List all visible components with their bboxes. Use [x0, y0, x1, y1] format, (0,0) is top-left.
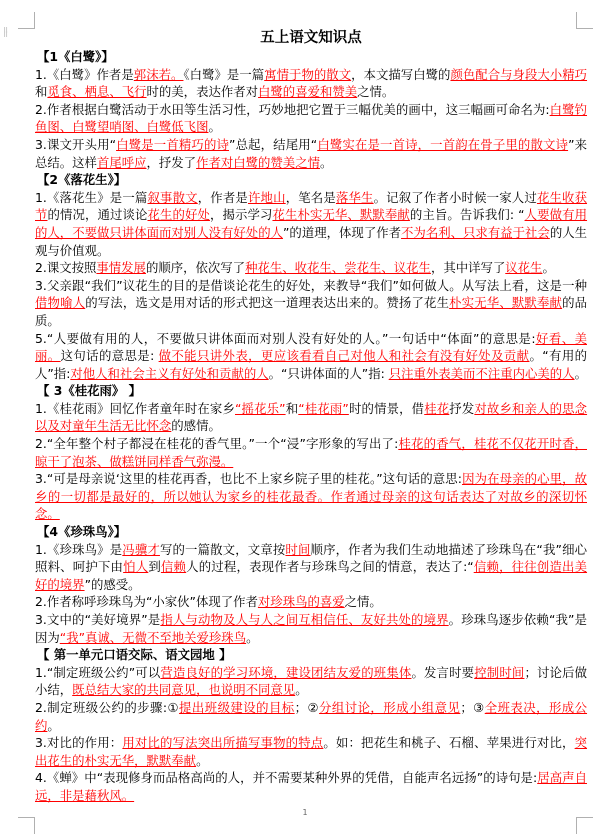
body-text: 和 [286, 401, 299, 416]
body-text: 2.制定班级公约的步骤:① [35, 700, 179, 715]
list-item: 3.“可是母亲说‘这里的桂花再香，也比不上家乡院子里的桂花。”这句话的意思:因为… [35, 470, 587, 523]
page-corner-mark-top-left [18, 12, 35, 29]
list-item: 2.“全年整个村子都浸在桂花的香气里。”一个“浸”字形象的写出了:桂花的香气，桂… [35, 435, 587, 470]
body-text: 。“只讲体面的人”指: [269, 366, 389, 381]
answer-highlight: 事情发展 [96, 260, 146, 275]
body-text: 2.“全年整个村子都浸在桂花的香气里。”一个“浸”字形象的写出了: [35, 436, 398, 451]
answer-highlight: 白鹭的喜爱和赞美 [258, 84, 357, 99]
body-text: ，本文描写白鹭的 [351, 67, 450, 82]
body-text: 抒发 [449, 401, 474, 416]
body-text: 的顺序，依次写了 [146, 260, 245, 275]
list-item: 2.作者称呼珍珠鸟为“小家伙”体现了作者对珍珠鸟的喜爱之情。 [35, 593, 587, 611]
body-text: 。 [320, 155, 332, 170]
body-text: 1.《珍珠鸟》是 [35, 542, 122, 557]
answer-highlight: 颜色配合与身段大小精巧 [450, 67, 587, 82]
body-text: 2.作者称呼珍珠鸟为“小家伙”体现了作者 [35, 594, 258, 609]
body-text: 时的情景，借 [349, 401, 424, 416]
body-text: 《白鹭》是一篇 [183, 67, 264, 82]
list-item: 2.课文按照事情发展的顺序，依次写了种花生、收花生、尝花生、议花生，其中详写了议… [35, 259, 587, 277]
list-item: 3.课文开头用“白鹭是一首精巧的诗”总起，结尾用“白鹭实在是一首诗，一首韵在骨子… [35, 136, 587, 171]
list-item: 1.《桂花雨》回忆作者童年时在家乡“摇花乐”和“桂花雨”时的情景，借桂花抒发对故… [35, 400, 587, 435]
body-text: ；② [295, 700, 319, 715]
answer-highlight: 信赖 [161, 559, 186, 574]
body-text: 4.《蝉》中“表现修身而品格高尚的人，并不需要某种外界的凭借，自能声名远扬”的诗… [35, 770, 537, 785]
body-text: 的写法，选文是用对话的形式把这一道理表达出来的。赞扬了花生 [85, 295, 449, 310]
body-text: 1.《桂花雨》回忆作者童年时在家乡 [35, 401, 235, 416]
body-text: 时的美，表达作者对 [147, 84, 259, 99]
list-item: 1.“制定班级公约”可以营造良好的学习环境，建设团结友爱的班集体。发言时要控制时… [35, 664, 587, 699]
body-text: 。 [47, 718, 59, 733]
answer-highlight: 冯骥才 [122, 542, 160, 557]
section-heading: 【 第一单元口语交际、语文园地 】 [37, 646, 587, 664]
answer-highlight: 寓情于物的散文 [264, 67, 351, 82]
table-move-handle-icon[interactable]: ⠿⠿ [3, 29, 11, 43]
list-item: 1.《珍珠鸟》是冯骥才写的一篇散文，文章按时间顺序，作者为我们生动地描述了珍珠鸟… [35, 541, 587, 594]
list-item: 2.作者根据白鹭活动于水田等生活习性，巧妙地把它置于三幅优美的画中，这三幅画可命… [35, 101, 587, 136]
answer-highlight: 分组讨论，形成小组意见 [319, 700, 460, 715]
answer-highlight: 控制时间 [474, 665, 524, 680]
body-text: 之情。 [357, 84, 394, 99]
answer-highlight: 许地山 [248, 190, 286, 205]
body-text: 1.“制定班级公约”可以 [35, 665, 160, 680]
list-item: 1.《落花生》是一篇叙事散文，作者是许地山，笔名是落华生。记叙了作者小时候一家人… [35, 189, 587, 259]
body-text: 到 [148, 559, 161, 574]
body-text: ”总起，结尾用“ [229, 137, 317, 152]
answer-highlight: 怕人 [123, 559, 148, 574]
body-text: 的情况，通过谈论 [48, 207, 148, 222]
body-text: ，抒发了 [147, 155, 197, 170]
body-text: 。记叙了作者小时候一家人过 [374, 190, 537, 205]
body-text: 3.课文开头用“ [35, 137, 116, 152]
document-page[interactable]: 五上语文知识点 【1《白鹭》】1.《白鹭》作者是郭沫若。《白鹭》是一篇寓情于物的… [35, 30, 587, 805]
answer-highlight: 对他人和社会主义有好处和贡献的人 [70, 366, 268, 381]
body-text: 3.“可是母亲说‘这里的桂花再香，也比不上家乡院子里的桂花。”这句话的意思: [35, 471, 462, 486]
body-text: 2.课文按照 [35, 260, 96, 275]
answer-highlight: 时间 [285, 542, 310, 557]
list-item: 3.文中的“美好境界”是指人与动物及人与人之间互相信任、友好共处的境界。珍珠鸟逐… [35, 611, 587, 646]
body-text: ，揭示学习 [210, 207, 272, 222]
list-item: 3.对比的作用：用对比的写法突出所描写事物的特点。如：把花生和桃子、石榴、苹果进… [35, 734, 587, 769]
answer-highlight: 既总结大家的共同意见，也说明不同意见 [72, 682, 295, 697]
body-text: 。 [575, 366, 587, 381]
body-text: ，笔名是 [286, 190, 336, 205]
answer-highlight: “摇花乐” [235, 401, 286, 416]
answer-highlight: 议花生 [505, 260, 542, 275]
section-heading: 【1《白鹭》】 [37, 48, 587, 66]
document-body: 【1《白鹭》】1.《白鹭》作者是郭沫若。《白鹭》是一篇寓情于物的散文，本文描写白… [35, 48, 587, 805]
answer-highlight: 做不能只讲外表，更应该看看自己对他人和社会有没有好处及贡献 [159, 348, 530, 363]
body-text: 1.《白鹭》作者是 [35, 67, 134, 82]
answer-highlight: 桂花 [424, 401, 449, 416]
answer-highlight: 提出班级建设的目标 [179, 700, 295, 715]
answer-highlight: 郭沫若。 [134, 67, 184, 82]
answer-highlight: 种花生、收花生、尝花生、议花生 [245, 260, 431, 275]
answer-highlight: 作者对白鹭的赞美之情 [196, 155, 320, 170]
answer-highlight: 只注重外表美而不注重内心美的人 [389, 366, 575, 381]
body-text: 人的过程，表现作者与珍珠鸟之间的情意，表达了:“ [186, 559, 474, 574]
body-text: 1.《落花生》是一篇 [35, 190, 148, 205]
body-text: 5.“人要做有用的人，不要做只讲体面而对别人没有好处的人。”一句话中“体面”的意… [35, 331, 536, 346]
answer-highlight: 白鹭是一首精巧的诗 [116, 137, 229, 152]
section-heading: 【 3《桂花雨》 】 [37, 382, 587, 400]
answer-highlight: 对珍珠鸟的喜爱 [258, 594, 345, 609]
body-text: 。 [295, 682, 307, 697]
answer-highlight: “桂花雨” [298, 401, 349, 416]
page-corner-mark-top-right [576, 12, 593, 29]
body-text: 3.对比的作用： [35, 735, 122, 750]
document-title: 五上语文知识点 [35, 30, 587, 47]
answer-highlight: 落华生 [336, 190, 374, 205]
list-item: 4.《蝉》中“表现修身而品格高尚的人，并不需要某种外界的凭借，自能声名远扬”的诗… [35, 769, 587, 804]
body-text: 的主旨。告诉我们: “ [410, 207, 525, 222]
body-text: ，其中详写了 [431, 260, 505, 275]
page-number: 1 [0, 808, 610, 817]
list-item: 5.“人要做有用的人，不要做只讲体面而对别人没有好处的人。”一句话中“体面”的意… [35, 330, 587, 383]
answer-highlight: 花生朴实无华、默默奉献 [272, 207, 409, 222]
body-text: 。如：把花生和桃子、石榴、苹果进行对比， [323, 735, 574, 750]
answer-highlight: “我”真诚、无微不至地关爱珍珠鸟 [60, 630, 246, 645]
body-text: 。 [246, 630, 258, 645]
page-corner-mark-bottom-left [18, 817, 35, 834]
answer-highlight: 用对比的写法突出所描写事物的特点 [122, 735, 323, 750]
body-text: 。 [196, 753, 208, 768]
answer-highlight: 觅食、栖息、飞行 [47, 84, 146, 99]
body-text: 。发言时要 [411, 665, 474, 680]
body-text: ”的感受。 [85, 577, 141, 592]
body-text: 的感情。 [171, 418, 221, 433]
body-text: 写的一篇散文，文章按 [160, 542, 285, 557]
body-text: 2.作者根据白鹭活动于水田等生活习性，巧妙地把它置于三幅优美的画中，这三幅画可命… [35, 102, 550, 117]
answer-highlight: 白鹭实在是一首诗，一首韵在骨子里的散文诗 [317, 137, 568, 152]
answer-highlight: 营造良好的学习环境，建设团结友爱的班集体 [160, 665, 411, 680]
answer-highlight: 首尾呼应 [97, 155, 147, 170]
answer-highlight: 花生的好处 [147, 207, 209, 222]
body-text: 之情。 [345, 594, 382, 609]
list-item: 1.《白鹭》作者是郭沫若。《白鹭》是一篇寓情于物的散文，本文描写白鹭的颜色配合与… [35, 66, 587, 101]
answer-highlight: 朴实无华、默默奉献 [449, 295, 562, 310]
body-text: 3.父亲跟“我们”议花生的目的是借谈论花生的好处，来教导“我们”如何做人。从写法… [35, 278, 587, 293]
answer-highlight: 不为名利、只求有益于社会 [401, 225, 550, 240]
body-text: 这句话的意思是: [61, 348, 159, 363]
body-text: 。 [208, 119, 220, 134]
body-text: 和 [35, 84, 47, 99]
body-text: ；③ [460, 700, 484, 715]
body-text: 。 [542, 260, 554, 275]
section-heading: 【2《落花生》】 [37, 171, 587, 189]
page-corner-mark-bottom-right [576, 817, 593, 834]
list-item: 2.制定班级公约的步骤:①提出班级建设的目标；②分组讨论，形成小组意见；③全班表… [35, 699, 587, 734]
body-text: ，作者是 [198, 190, 248, 205]
body-text: 3.文中的“美好境界”是 [35, 612, 160, 627]
answer-highlight: 叙事散文 [148, 190, 198, 205]
body-text: ”的道理，体现了作者 [283, 225, 401, 240]
list-item: 3.父亲跟“我们”议花生的目的是借谈论花生的好处，来教导“我们”如何做人。从写法… [35, 277, 587, 330]
answer-highlight: 借物喻人 [35, 295, 85, 310]
section-heading: 【4《珍珠鸟》】 [37, 523, 587, 541]
answer-highlight: 指人与动物及人与人之间互相信任、友好共处的境界 [160, 612, 448, 627]
